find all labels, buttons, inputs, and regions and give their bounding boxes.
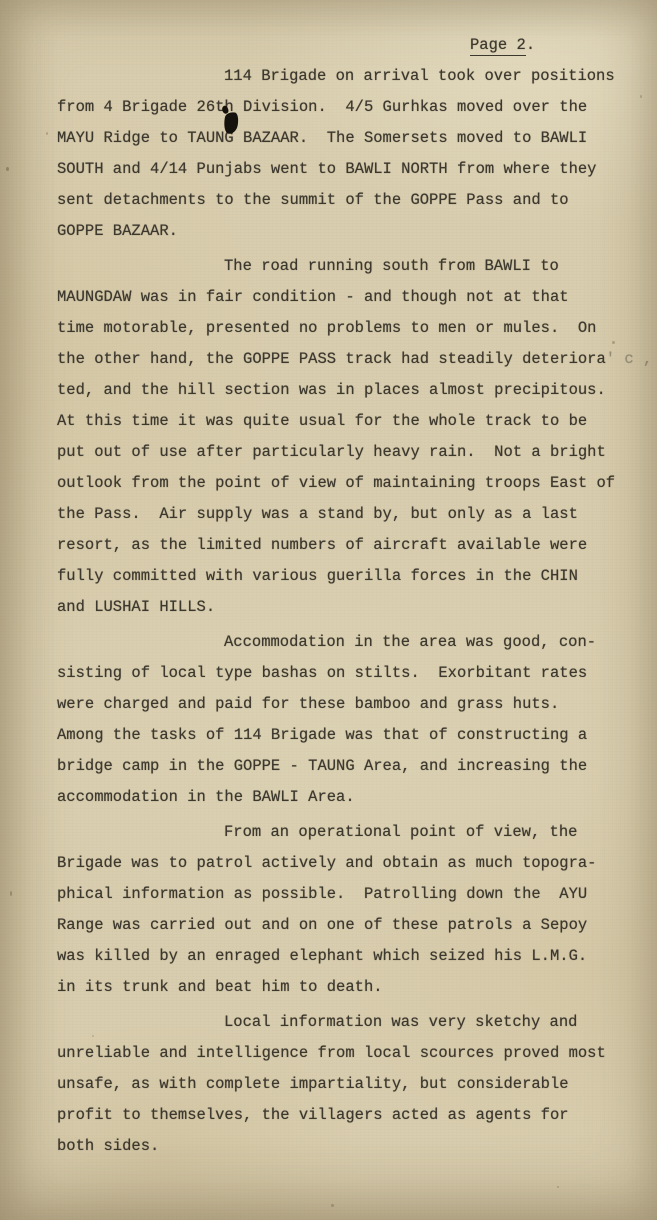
text-line: From an operational point of view, the — [57, 817, 619, 848]
text-line: 114 Brigade on arrival took over positio… — [57, 61, 619, 92]
text-line: Local information was very sketchy and — [57, 1007, 619, 1038]
paper-speck — [557, 1186, 559, 1188]
paper-speck — [6, 167, 9, 171]
text-line: was killed by an enraged elephant which … — [57, 941, 619, 972]
paragraph-1: 114 Brigade on arrival took over positio… — [57, 61, 619, 247]
text-line: MAYU Ridge to TAUNG BAZAAR. The Somerset… — [57, 123, 619, 154]
text-line: from 4 Brigade 26th Division. 4/5 Gurhka… — [57, 92, 619, 123]
text-line: GOPPE BAZAAR. — [57, 216, 619, 247]
text-line: fully committed with various guerilla fo… — [57, 561, 619, 592]
paragraph-5: Local information was very sketchy and u… — [57, 1007, 619, 1162]
page-number-text: Page 2 — [470, 36, 526, 56]
text-line: were charged and paid for these bamboo a… — [57, 689, 619, 720]
paper-speck — [92, 1035, 94, 1037]
text-line: Among the tasks of 114 Brigade was that … — [57, 720, 619, 751]
paper-speck — [331, 1204, 334, 1207]
text-line: ted, and the hill section was in places … — [57, 375, 619, 406]
faint-overstrike-marks: ' c , — [606, 350, 653, 368]
text-line: both sides. — [57, 1131, 619, 1162]
text-line: profit to themselves, the villagers acte… — [57, 1100, 619, 1131]
text-line: in its trunk and beat him to death. — [57, 972, 619, 1003]
page-number: Page 2. — [57, 30, 619, 61]
document-text: Page 2. 114 Brigade on arrival took over… — [0, 0, 657, 1220]
document-page: { "doc": { "header": { "underlined": "Pa… — [0, 0, 657, 1220]
text-line: MAUNGDAW was in fair condition - and tho… — [57, 282, 619, 313]
text-line: Brigade was to patrol actively and obtai… — [57, 848, 619, 879]
paragraph-4: From an operational point of view, the B… — [57, 817, 619, 1003]
text-line: and LUSHAI HILLS. — [57, 592, 619, 623]
text-line: the Pass. Air supply was a stand by, but… — [57, 499, 619, 530]
paragraph-2: The road running south from BAWLI to MAU… — [57, 251, 619, 623]
text-line: The road running south from BAWLI to — [57, 251, 619, 282]
paragraph-3: Accommodation in the area was good, con-… — [57, 627, 619, 813]
text-line: bridge camp in the GOPPE - TAUNG Area, a… — [57, 751, 619, 782]
text-line: the other hand, the GOPPE PASS track had… — [57, 344, 619, 375]
text-line: time motorable, presented no problems to… — [57, 313, 619, 344]
text-line: Range was carried out and on one of thes… — [57, 910, 619, 941]
paper-speck — [10, 891, 12, 896]
text-line: At this time it was quite usual for the … — [57, 406, 619, 437]
text-line: phical information as possible. Patrolli… — [57, 879, 619, 910]
text-line: outlook from the point of view of mainta… — [57, 468, 619, 499]
paper-speck — [46, 132, 48, 135]
page-number-period: . — [526, 36, 535, 54]
paper-speck — [612, 341, 615, 344]
text-line: unsafe, as with complete impartiality, b… — [57, 1069, 619, 1100]
text-fragment: the other hand, the GOPPE PASS track had… — [57, 350, 606, 368]
text-line: unreliable and intelligence from local s… — [57, 1038, 619, 1069]
text-line: resort, as the limited numbers of aircra… — [57, 530, 619, 561]
text-line: sent detachments to the summit of the GO… — [57, 185, 619, 216]
text-line: put out of use after particularly heavy … — [57, 437, 619, 468]
text-line: sisting of local type bashas on stilts. … — [57, 658, 619, 689]
text-line: accommodation in the BAWLI Area. — [57, 782, 619, 813]
paper-speck — [640, 95, 642, 98]
text-line: SOUTH and 4/14 Punjabs went to BAWLI NOR… — [57, 154, 619, 185]
text-line: Accommodation in the area was good, con- — [57, 627, 619, 658]
